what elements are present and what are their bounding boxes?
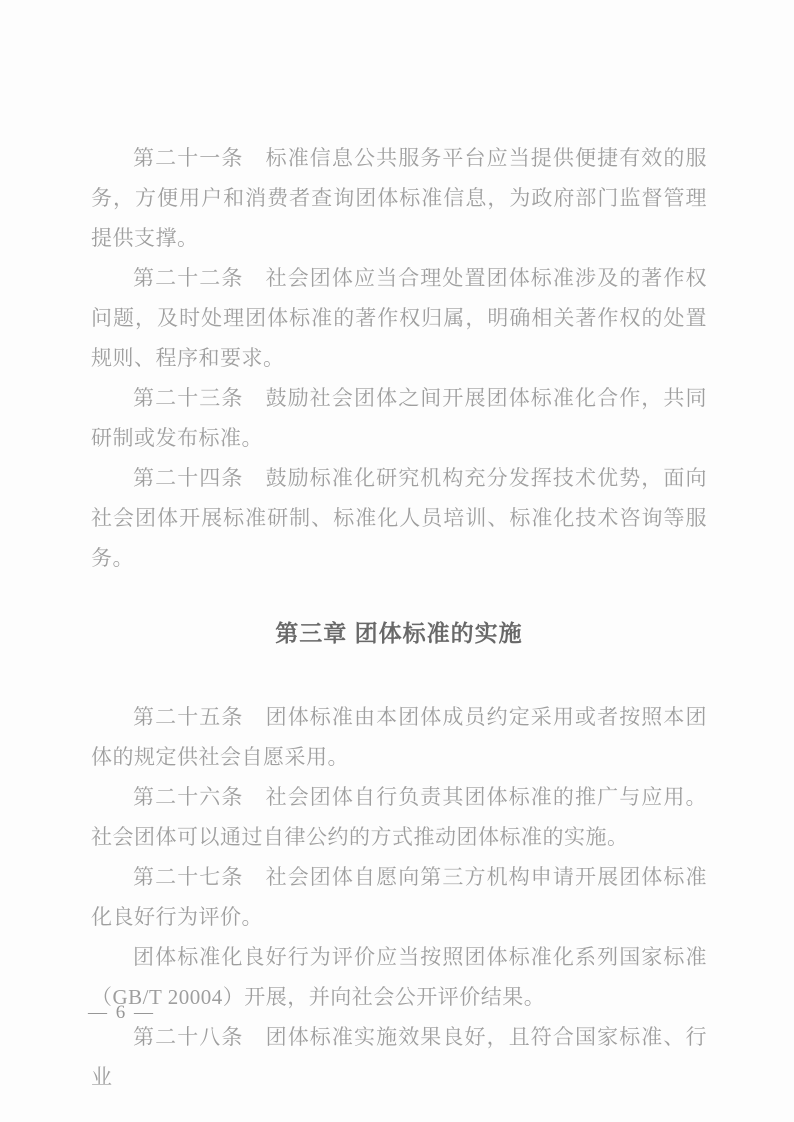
document-page: 第二十一条 标准信息公共服务平台应当提供便捷有效的服务，方便用户和消费者查询团体… <box>0 0 794 1122</box>
article-27-continuation-paragraph: 团体标准化良好行为评价应当按照团体标准化系列国家标准（GB/T 20004）开展… <box>91 937 707 1017</box>
article-22-paragraph: 第二十二条 社会团体应当合理处置团体标准涉及的著作权问题，及时处理团体标准的著作… <box>91 258 707 378</box>
document-body: 第二十一条 标准信息公共服务平台应当提供便捷有效的服务，方便用户和消费者查询团体… <box>91 138 707 1097</box>
article-27-paragraph: 第二十七条 社会团体自愿向第三方机构申请开展团体标准化良好行为评价。 <box>91 857 707 937</box>
article-26-paragraph: 第二十六条 社会团体自行负责其团体标准的推广与应用。社会团体可以通过自律公约的方… <box>91 777 707 857</box>
page-number: — 6 — <box>88 1002 155 1024</box>
article-23-paragraph: 第二十三条 鼓励社会团体之间开展团体标准化合作，共同研制或发布标准。 <box>91 378 707 458</box>
article-28-partial-paragraph: 第二十八条 团体标准实施效果良好，且符合国家标准、行业 <box>91 1017 707 1097</box>
article-24-paragraph: 第二十四条 鼓励标准化研究机构充分发挥技术优势，面向社会团体开展标准研制、标准化… <box>91 458 707 578</box>
article-21-paragraph: 第二十一条 标准信息公共服务平台应当提供便捷有效的服务，方便用户和消费者查询团体… <box>91 138 707 258</box>
chapter-heading: 第三章 团体标准的实施 <box>91 618 707 648</box>
article-25-paragraph: 第二十五条 团体标准由本团体成员约定采用或者按照本团体的规定供社会自愿采用。 <box>91 697 707 777</box>
